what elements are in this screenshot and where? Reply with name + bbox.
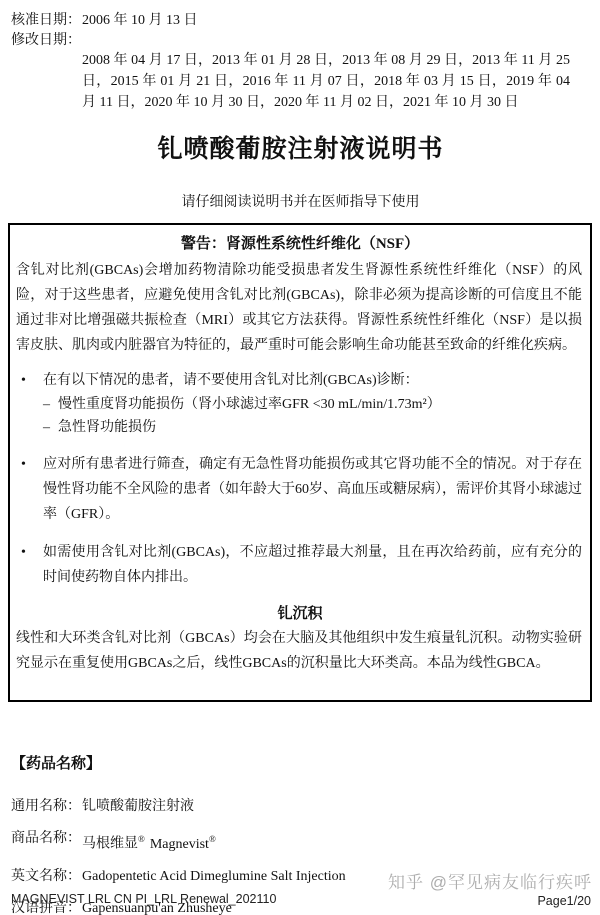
trade-name-row: 商品名称： 马根维显®Magnevist®	[11, 831, 590, 853]
warning-sub-bullet-1-text: 慢性重度肾功能损伤（肾小球滤过率GFR <30 mL/min/1.73m²）	[58, 393, 441, 416]
usage-notice: 请仔细阅读说明书并在医师指导下使用	[11, 191, 590, 211]
approval-meta: 核准日期： 2006 年 10 月 13 日 修改日期： 2008 年 04 月…	[11, 10, 590, 113]
warning-bullet-1: • 在有以下情况的患者，请不要使用含钆对比剂(GBCAs)诊断：	[16, 368, 584, 393]
registered-mark: ®	[209, 834, 216, 844]
dash-marker: –	[43, 393, 58, 416]
warning-bullet-1-text: 在有以下情况的患者，请不要使用含钆对比剂(GBCAs)诊断：	[43, 368, 584, 393]
document-page: 核准日期： 2006 年 10 月 13 日 修改日期： 2008 年 04 月…	[0, 0, 600, 915]
registered-mark: ®	[138, 834, 145, 844]
trade-name-label: 商品名称：	[11, 831, 82, 853]
page-number: Page1/20	[537, 894, 591, 908]
warning-sub-bullet-1: – 慢性重度肾功能损伤（肾小球滤过率GFR <30 mL/min/1.73m²）	[43, 393, 584, 416]
boxed-warning: 警告：肾源性系统性纤维化（NSF） 含钆对比剂(GBCAs)会增加药物清除功能受…	[8, 223, 592, 702]
generic-name-value: 钆喷酸葡胺注射液	[82, 799, 590, 815]
zhihu-watermark: 知乎 @罕见病友临行疾呼	[388, 868, 592, 893]
page-content: 核准日期： 2006 年 10 月 13 日 修改日期： 2008 年 04 月…	[0, 0, 600, 915]
trade-name-en: Magnevist	[150, 837, 209, 852]
bullet-marker: •	[16, 540, 43, 590]
dash-marker: –	[43, 416, 58, 439]
approval-date-row: 核准日期： 2006 年 10 月 13 日	[11, 10, 590, 32]
warning-sub-bullet-2: – 急性肾功能损伤	[43, 416, 584, 439]
gadolinium-deposition-text: 线性和大环类含钆对比剂（GBCAs）均会在大脑及其他组织中发生痕量钆沉积。动物实…	[16, 626, 582, 676]
approval-date-value: 2006 年 10 月 13 日	[82, 10, 590, 32]
revision-date-label: 修改日期：	[11, 32, 82, 50]
warning-bullet-3-text: 如需使用含钆对比剂(GBCAs)，不应超过推荐最大剂量，且在再次给药前，应有充分…	[43, 540, 584, 590]
bullet-marker: •	[16, 452, 43, 527]
warning-sub-bullet-2-text: 急性肾功能损伤	[58, 416, 156, 439]
generic-name-label: 通用名称：	[11, 799, 82, 815]
revision-dates: 2008 年 04 月 17 日，2013 年 01 月 28 日，2013 年…	[82, 50, 570, 113]
page-title: 钆喷酸葡胺注射液说明书	[11, 129, 590, 165]
bullet-marker: •	[16, 368, 43, 393]
warning-bullet-2: • 应对所有患者进行筛查，确定有无急性肾功能损伤或其它肾功能不全的情况。对于存在…	[16, 452, 584, 527]
drug-name-section-heading: 【药品名称】	[11, 752, 590, 773]
approval-date-label: 核准日期：	[11, 10, 82, 32]
warning-intro-paragraph: 含钆对比剂(GBCAs)会增加药物清除功能受损患者发生肾源性系统性纤维化（NSF…	[16, 258, 582, 358]
warning-heading: 警告：肾源性系统性纤维化（NSF）	[16, 232, 584, 253]
trade-name-value: 马根维显®Magnevist®	[82, 831, 590, 853]
gadolinium-deposition-heading: 钆沉积	[16, 602, 584, 623]
warning-bullet-2-text: 应对所有患者进行筛查，确定有无急性肾功能损伤或其它肾功能不全的情况。对于存在慢性…	[43, 452, 584, 527]
revision-date-row: 修改日期：	[11, 32, 590, 50]
trade-name-cn: 马根维显	[82, 837, 138, 852]
document-code: MAGNEVIST LRL CN PI_LRL Renewal_202110	[11, 892, 276, 906]
english-name-label: 英文名称：	[11, 869, 82, 885]
warning-bullet-3: • 如需使用含钆对比剂(GBCAs)，不应超过推荐最大剂量，且在再次给药前，应有…	[16, 540, 584, 590]
generic-name-row: 通用名称： 钆喷酸葡胺注射液	[11, 799, 590, 815]
